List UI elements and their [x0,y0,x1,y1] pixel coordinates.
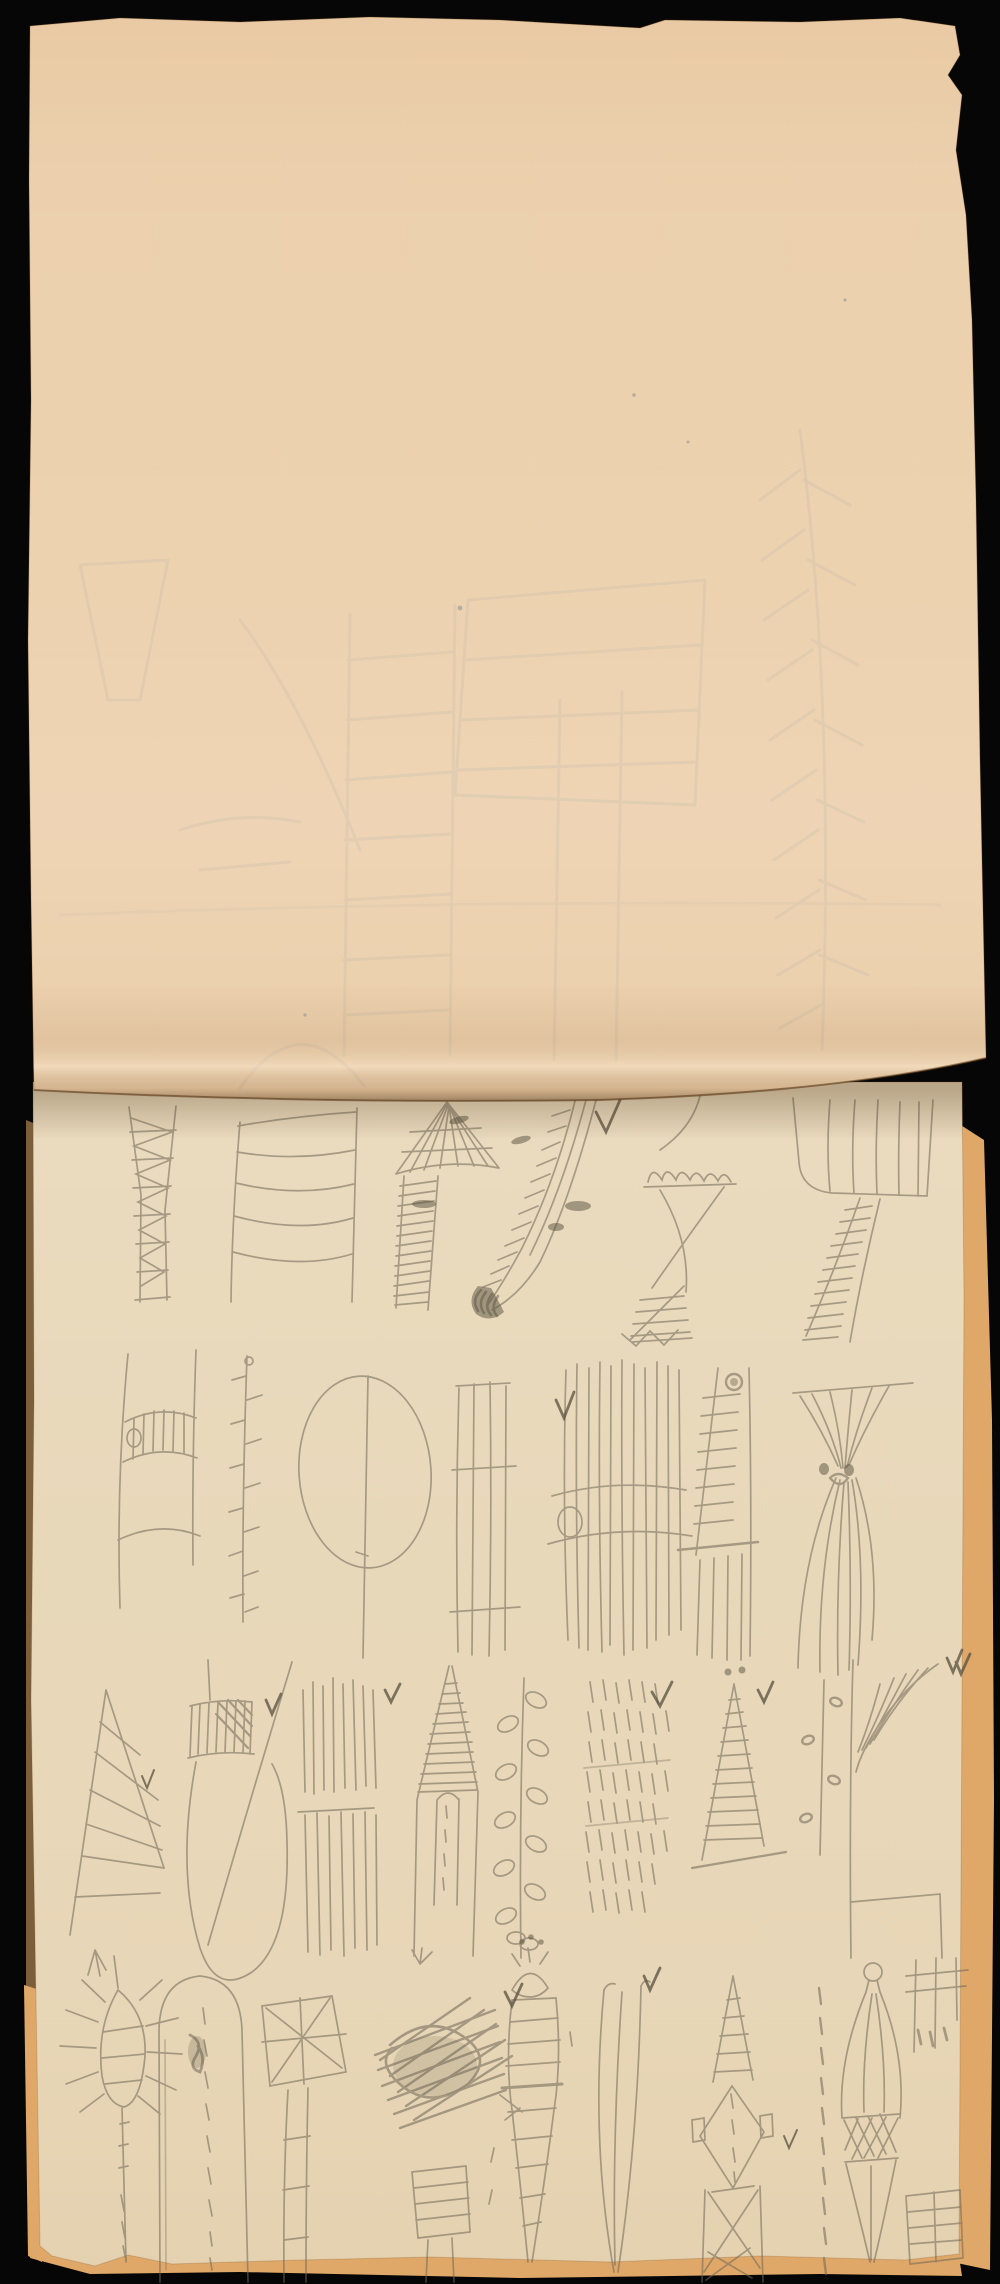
floating-dash [548,1223,564,1231]
sheaf-knot-bead [819,1463,829,1475]
tower-ring-dot [730,1378,738,1386]
photograph-sketchbook [0,0,1000,2284]
floating-dash [412,1200,436,1208]
shell-crown-dot [528,1934,534,1940]
triangle-apex-dot [725,1669,732,1676]
sheaf-knot-bead [844,1464,854,1476]
scribble-core [393,2036,477,2096]
shell-crown-dot [538,1939,544,1945]
top-page-tone [28,17,986,1101]
floating-dash [565,1201,591,1211]
bottom-page [31,1082,970,2282]
dome-smudge [188,2036,206,2068]
sketchbook-photo [0,0,1000,2284]
shell-crown-dot [519,1939,525,1945]
top-page [28,17,986,1101]
triangle-apex-dot [739,1667,746,1674]
